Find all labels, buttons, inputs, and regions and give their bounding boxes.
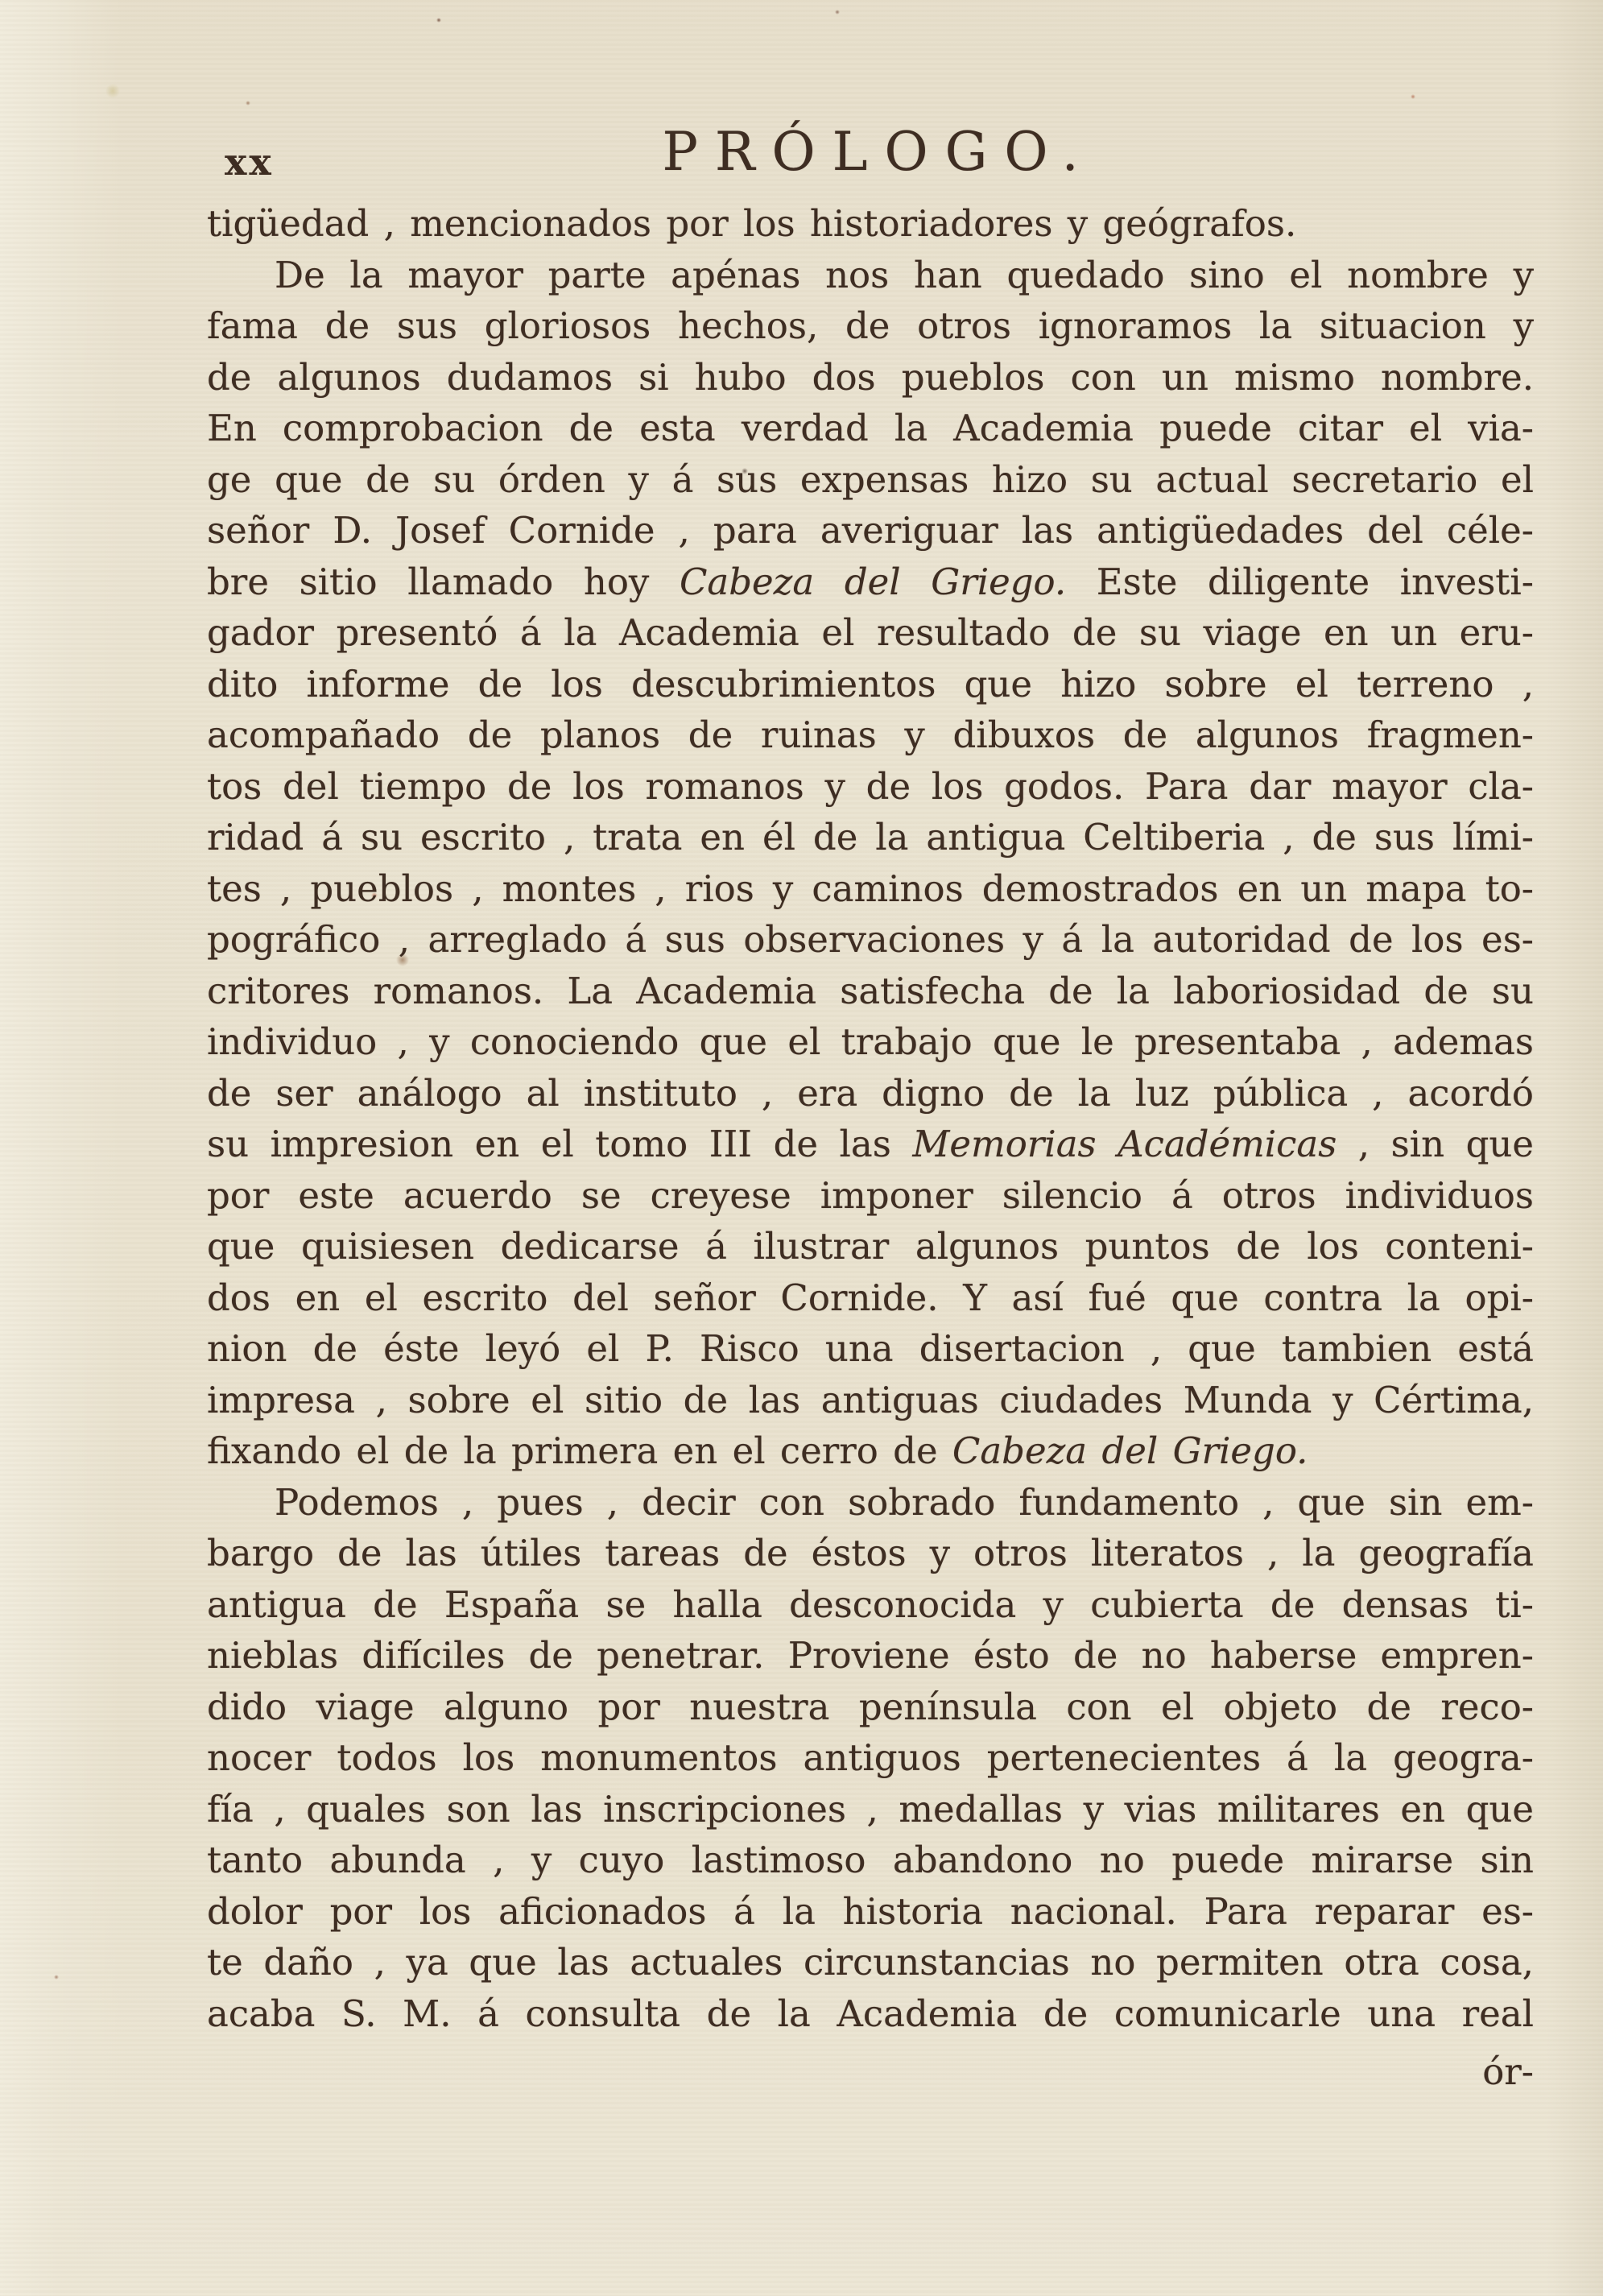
- italic-text-segment: Memorias Académicas: [912, 1123, 1337, 1165]
- text-line: acaba S. M. á consulta de la Academia de…: [207, 1988, 1534, 2040]
- text-segment: Este diligente investi-: [1066, 561, 1534, 603]
- text-line: dos en el escrito del señor Cornide. Y a…: [207, 1272, 1534, 1324]
- text-line: individuo , y conociendo que el trabajo …: [207, 1016, 1534, 1068]
- text-line: de ser análogo al instituto , era digno …: [207, 1068, 1534, 1119]
- text-line: tanto abunda , y cuyo lastimoso abandono…: [207, 1835, 1534, 1886]
- text-line: pográfico , arreglado á sus observacione…: [207, 914, 1534, 966]
- text-line: critores romanos. La Academia satisfecha…: [207, 966, 1534, 1017]
- text-line: su impresion en el tomo III de las Memor…: [207, 1119, 1534, 1170]
- text-segment: tos del tiempo de los romanos y de los g…: [207, 765, 1534, 808]
- page-title: PRÓLOGO.: [207, 121, 1534, 183]
- text-line: tos del tiempo de los romanos y de los g…: [207, 761, 1534, 813]
- text-line: dido viage alguno por nuestra península …: [207, 1682, 1534, 1733]
- text-segment: ge que de su órden y á sus expensas hizo…: [207, 458, 1534, 501]
- text-segment: pográfico , arreglado á sus observacione…: [207, 918, 1534, 961]
- text-segment: acompañado de planos de ruinas y dibuxos…: [207, 714, 1534, 756]
- text-segment: fama de sus gloriosos hechos, de otros i…: [207, 304, 1534, 347]
- text-line: señor D. Josef Cornide , para averiguar …: [207, 505, 1534, 556]
- text-line: bargo de las útiles tareas de éstos y ot…: [207, 1528, 1534, 1579]
- text-segment: te daño , ya que las actuales circunstan…: [207, 1941, 1534, 1984]
- text-line: nocer todos los monumentos antiguos pert…: [207, 1732, 1534, 1784]
- text-segment: bre sitio llamado hoy: [207, 561, 680, 603]
- text-segment: Podemos , pues , decir con sobrado funda…: [275, 1481, 1534, 1524]
- text-block: tigüedad , mencionados por los historiad…: [207, 198, 1534, 2039]
- text-segment: acaba S. M. á consulta de la Academia de…: [207, 1992, 1534, 2035]
- text-segment: En comprobacion de esta verdad la Academ…: [207, 407, 1534, 449]
- text-segment: señor D. Josef Cornide , para averiguar …: [207, 509, 1534, 552]
- text-segment: De la mayor parte apénas nos han quedado…: [275, 254, 1534, 296]
- text-line: tes , pueblos , montes , rios y caminos …: [207, 863, 1534, 915]
- text-segment: dido viage alguno por nuestra península …: [207, 1686, 1534, 1728]
- text-line: fama de sus gloriosos hechos, de otros i…: [207, 300, 1534, 352]
- text-segment: impresa , sobre el sitio de las antiguas…: [207, 1379, 1534, 1421]
- text-segment: de ser análogo al instituto , era digno …: [207, 1072, 1534, 1115]
- catchword: ór-: [1482, 2052, 1534, 2092]
- text-segment: por este acuerdo se creyese imponer sile…: [207, 1174, 1534, 1217]
- text-segment: dos en el escrito del señor Cornide. Y a…: [207, 1276, 1534, 1319]
- text-line: De la mayor parte apénas nos han quedado…: [207, 250, 1534, 301]
- page-header: xx PRÓLOGO.: [207, 121, 1534, 179]
- text-segment: nieblas difíciles de penetrar. Proviene …: [207, 1634, 1534, 1677]
- italic-text-segment: Cabeza del Griego.: [952, 1429, 1308, 1472]
- text-line: ge que de su órden y á sus expensas hizo…: [207, 454, 1534, 506]
- text-segment: fixando el de la primera en el cerro de: [207, 1429, 952, 1472]
- text-segment: nocer todos los monumentos antiguos pert…: [207, 1736, 1534, 1779]
- text-segment: nion de éste leyó el P. Risco una disert…: [207, 1327, 1534, 1370]
- text-line: dito informe de los descubrimientos que …: [207, 659, 1534, 710]
- text-line: que quisiesen dedicarse á ilustrar algun…: [207, 1221, 1534, 1272]
- text-segment: fía , quales son las inscripciones , med…: [207, 1788, 1534, 1831]
- text-line: nieblas difíciles de penetrar. Proviene …: [207, 1630, 1534, 1682]
- text-segment: antigua de España se halla desconocida y…: [207, 1583, 1534, 1626]
- text-line: ridad á su escrito , trata en él de la a…: [207, 812, 1534, 863]
- text-segment: tes , pueblos , montes , rios y caminos …: [207, 867, 1534, 910]
- text-segment: ridad á su escrito , trata en él de la a…: [207, 816, 1534, 858]
- text-segment: su impresion en el tomo III de las: [207, 1123, 912, 1165]
- text-segment: individuo , y conociendo que el trabajo …: [207, 1020, 1534, 1063]
- text-segment: dolor por los aficionados á la historia …: [207, 1890, 1534, 1933]
- text-segment: que quisiesen dedicarse á ilustrar algun…: [207, 1225, 1534, 1268]
- text-segment: gador presentó á la Academia el resultad…: [207, 611, 1534, 654]
- text-line: bre sitio llamado hoy Cabeza del Griego.…: [207, 556, 1534, 608]
- italic-text-segment: Cabeza del Griego.: [680, 561, 1066, 603]
- text-line: de algunos dudamos si hubo dos pueblos c…: [207, 352, 1534, 403]
- book-page: xx PRÓLOGO. tigüedad , mencionados por l…: [0, 0, 1603, 2296]
- text-line: por este acuerdo se creyese imponer sile…: [207, 1170, 1534, 1222]
- text-line: Podemos , pues , decir con sobrado funda…: [207, 1477, 1534, 1529]
- text-line: impresa , sobre el sitio de las antiguas…: [207, 1375, 1534, 1426]
- text-segment: , sin que: [1337, 1123, 1534, 1165]
- text-segment: dito informe de los descubrimientos que …: [207, 663, 1534, 705]
- text-line: te daño , ya que las actuales circunstan…: [207, 1937, 1534, 1988]
- text-line: nion de éste leyó el P. Risco una disert…: [207, 1323, 1534, 1375]
- text-segment: de algunos dudamos si hubo dos pueblos c…: [207, 356, 1534, 399]
- text-segment: tigüedad , mencionados por los historiad…: [207, 202, 1296, 245]
- text-segment: critores romanos. La Academia satisfecha…: [207, 970, 1534, 1012]
- text-line: antigua de España se halla desconocida y…: [207, 1579, 1534, 1631]
- text-line: gador presentó á la Academia el resultad…: [207, 607, 1534, 659]
- text-line: acompañado de planos de ruinas y dibuxos…: [207, 709, 1534, 761]
- text-segment: bargo de las útiles tareas de éstos y ot…: [207, 1532, 1534, 1574]
- text-line: fixando el de la primera en el cerro de …: [207, 1425, 1534, 1477]
- text-line: dolor por los aficionados á la historia …: [207, 1886, 1534, 1938]
- text-line: tigüedad , mencionados por los historiad…: [207, 198, 1534, 250]
- text-segment: tanto abunda , y cuyo lastimoso abandono…: [207, 1839, 1534, 1881]
- text-line: En comprobacion de esta verdad la Academ…: [207, 403, 1534, 454]
- text-line: fía , quales son las inscripciones , med…: [207, 1784, 1534, 1835]
